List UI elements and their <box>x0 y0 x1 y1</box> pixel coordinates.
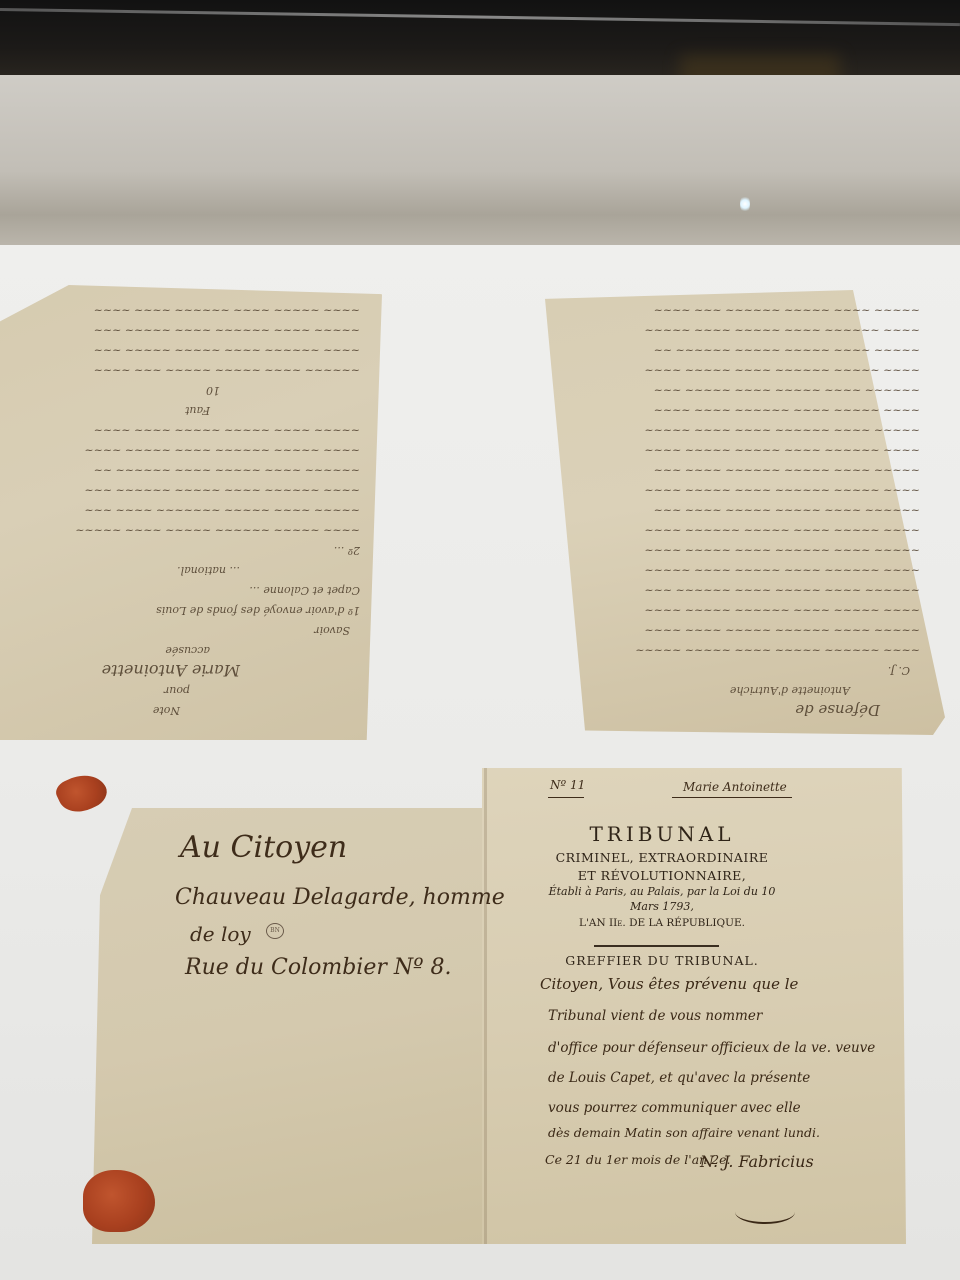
address-name: Chauveau Delagarde, homme <box>175 885 505 910</box>
letterhead-office: GREFFIER DU TRIBUNAL. <box>497 953 827 968</box>
marginal-number: Nº 11 <box>550 778 585 792</box>
display-case-back-wall <box>0 75 960 250</box>
letter-line: d'office pour défenseur officieux de la … <box>548 1040 875 1056</box>
letter-line: vous pourrez communiquer avec elle <box>548 1100 801 1116</box>
marginal-underline <box>548 797 584 798</box>
letter-line: dès demain Matin son affaire venant lund… <box>548 1125 820 1140</box>
letterhead-date: Mars 1793, <box>497 900 827 913</box>
upper-left-manuscript-text: Note pour Marie Antoinette accusée Savoi… <box>40 300 360 720</box>
light-reflection <box>740 195 750 213</box>
signature-flourish <box>735 1200 795 1224</box>
letterhead-established: Établi à Paris, au Palais, par la Loi du… <box>497 885 827 898</box>
letterhead-subtitle: ET RÉVOLUTIONNAIRE, <box>497 868 827 883</box>
letterhead-year: L'AN IIe. DE LA RÉPUBLIQUE. <box>497 917 827 929</box>
signature: N. J. Fabricius <box>700 1152 814 1171</box>
letter-line: Tribunal vient de vous nommer <box>548 1008 762 1024</box>
address-recipient: Au Citoyen <box>180 830 347 865</box>
wax-seal-icon <box>83 1170 155 1232</box>
marginal-underline <box>672 797 792 798</box>
letter-line: Citoyen, Vous êtes prévenu que le <box>540 975 798 993</box>
address-profession: de loy <box>190 922 251 946</box>
letter-fold <box>484 768 487 1244</box>
letter-line: de Louis Capet, et qu'avec la présente <box>548 1070 810 1086</box>
archive-stamp-icon: BN <box>266 923 284 939</box>
letterhead-subtitle: CRIMINEL, EXTRAORDINAIRE <box>497 850 827 865</box>
letterhead-title: TRIBUNAL <box>497 822 827 846</box>
letter-address-side <box>92 808 492 1244</box>
marginal-name: Marie Antoinette <box>683 780 787 794</box>
letterhead-rule <box>594 945 719 947</box>
upper-right-manuscript-text: Défense de Antoinette d'Autriche C. J. ~… <box>580 300 920 720</box>
address-street: Rue du Colombier Nº 8. <box>185 955 451 980</box>
